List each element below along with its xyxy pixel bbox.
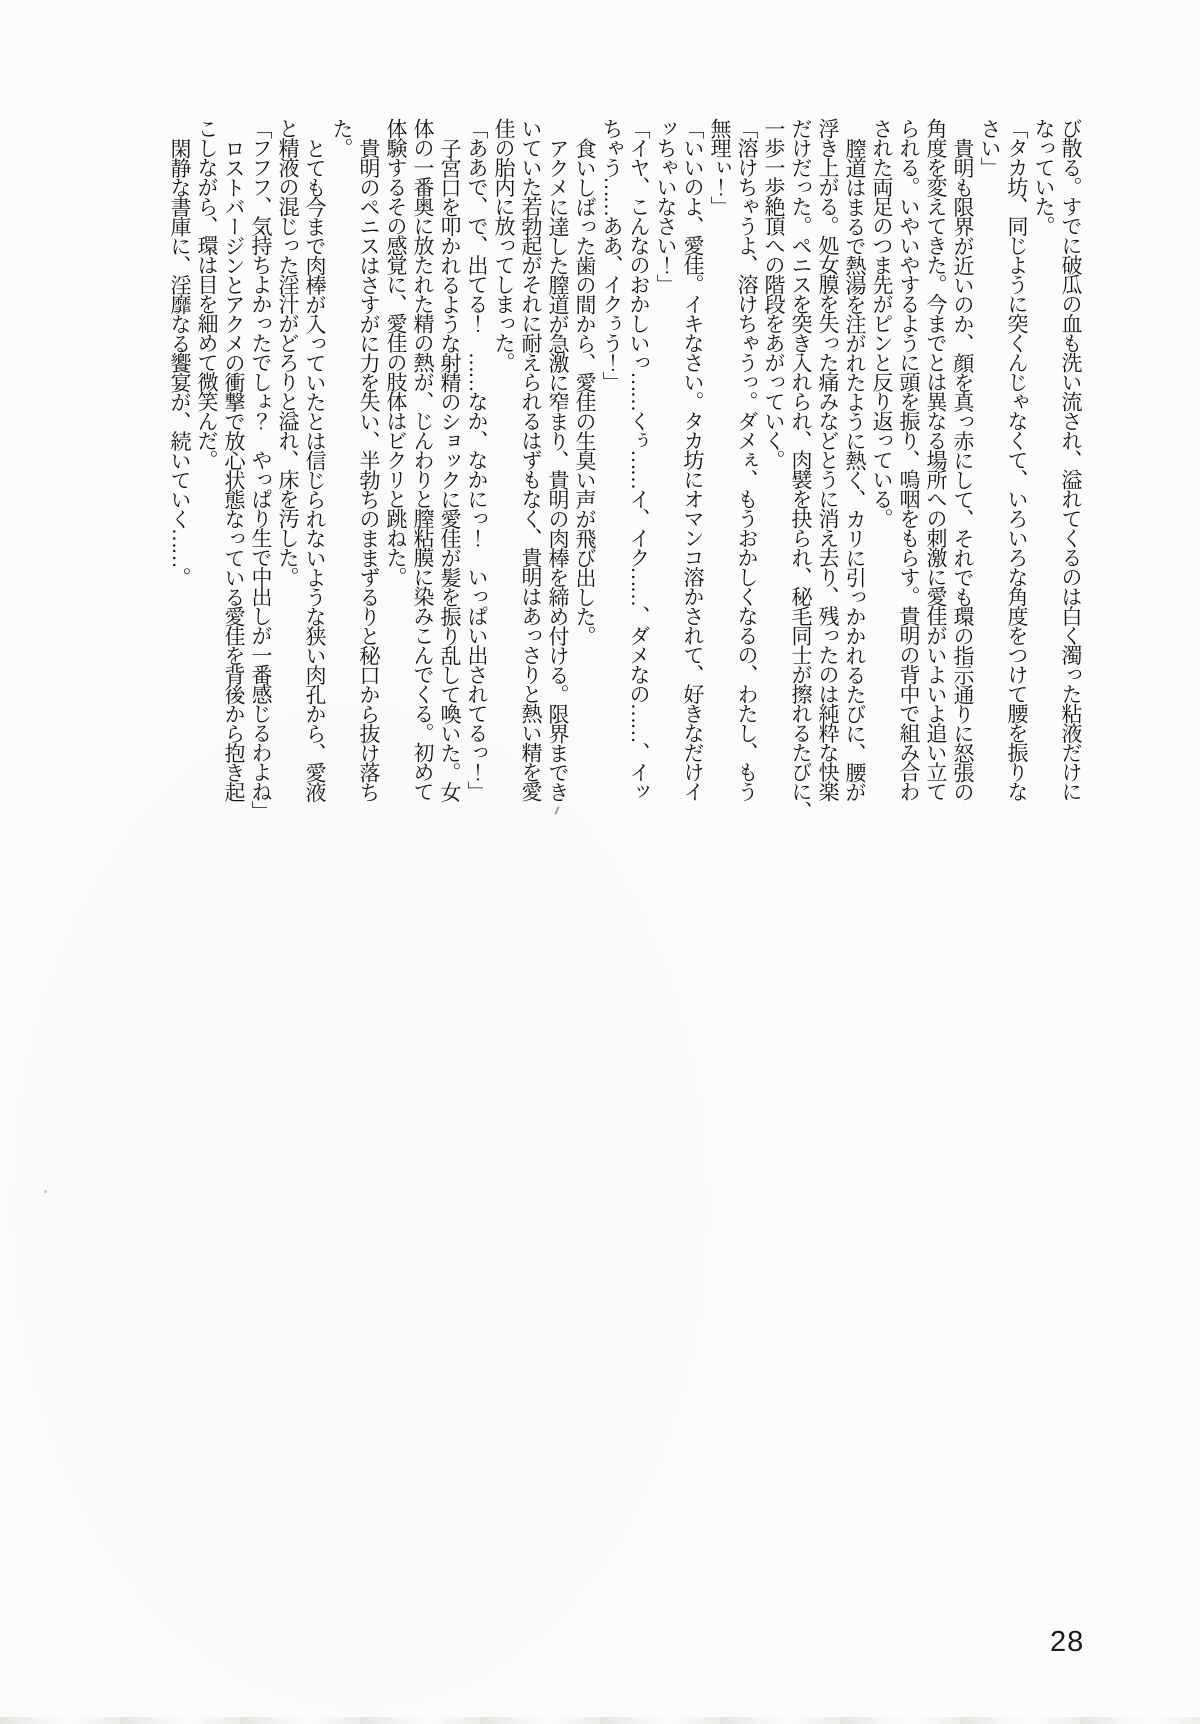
text-column: た。 (328, 118, 355, 860)
text-column: とても今まで肉棒が入っていたとは信じられないような狭い肉孔から、愛液 (301, 118, 328, 860)
text-column: ッちゃいなさい！」 (652, 118, 679, 860)
text-column: さい」 (976, 118, 1003, 860)
text-column: 子宮口を叩かれるような射精のショックに愛佳が髪を振り乱して喚いた。女 (436, 118, 463, 860)
text-column: び散る。すでに破瓜の血も洗い流され、溢れてくるのは白く濁った粘液だけに (1057, 118, 1084, 860)
text-column: 貴明も限界が近いのか、顔を真っ赤にして、それでも環の指示通りに怒張の (949, 118, 976, 860)
scan-edge-artifact (0, 1717, 1200, 1724)
text-column: 「いいのよ、愛佳。イキなさい。タカ坊にオマンコ溶かされて、好きなだけイ (679, 118, 706, 860)
text-column: 「ああで、で、出てる！ ……なか、なかにっ！ いっぱい出されてるっ！」 (463, 118, 490, 860)
text-column: 一歩一歩絶頂への階段をあがっていく。 (760, 118, 787, 860)
text-column: なっていた。 (1030, 118, 1057, 860)
text-column: 閑静な書庫に、淫靡なる饗宴が、続いていく……。 (166, 118, 193, 860)
text-column: 食いしばった歯の間から、愛佳の生臭い声が飛び出した。 (571, 118, 598, 860)
text-column: いていた若勃起がそれに耐えられるはずもなく、貴明はあっさりと熱い精を愛 (517, 118, 544, 860)
text-column: 「フフフ、気持ちよかったでしょ？ やっぱり生で中出しが一番感じるわよね」 (247, 118, 274, 860)
text-column: アクメに達した膣道が急激に窄まり、貴明の肉棒を締め付ける。限界までき (544, 118, 571, 860)
text-column: こしながら、環は目を細めて微笑んだ。 (193, 118, 220, 860)
text-column: 貴明のペニスはさすがに力を失い、半勃ちのままずるりと秘口から抜け落ち (355, 118, 382, 860)
text-column: 「タカ坊、同じように突くんじゃなくて、いろいろな角度をつけて腰を振りな (1003, 118, 1030, 860)
text-column: ロストバージンとアクメの衝撃で放心状態なっている愛佳を背後から抱き起 (220, 118, 247, 860)
text-column: 浮き上がる。処女膜を失った痛みなどとうに消え去り、残ったのは純粋な快楽 (814, 118, 841, 860)
scanned-page: び散る。すでに破瓜の血も洗い流され、溢れてくるのは白く濁った粘液だけになっていた… (0, 0, 1200, 1724)
text-column: 体の一番奥に放たれた精の熱が、じんわりと膣粘膜に染みこんでくる。初めて (409, 118, 436, 860)
text-column: 膣道はまるで熱湯を注がれたように熱く、カリに引っかかれるたびに、腰が (841, 118, 868, 860)
text-block: び散る。すでに破瓜の血も洗い流され、溢れてくるのは白く濁った粘液だけになっていた… (166, 118, 1084, 860)
text-column: 「溶けちゃうよ、溶けちゃうっ。ダメぇ、もうおかしくなるの、わたし、もう (733, 118, 760, 860)
text-column: 「イヤ、こんなのおかしいっ……くぅ……イ、イク……、ダメなの……、イッ (625, 118, 652, 860)
text-column: 無理ぃ！」 (706, 118, 733, 860)
text-column: された両足のつま先がピンと反り返っている。 (868, 118, 895, 860)
text-column: と精液の混じった淫汁がどろりと溢れ、床を汚した。 (274, 118, 301, 860)
text-column: 体験するその感覚に、愛佳の肢体はビクリと跳ねた。 (382, 118, 409, 860)
scan-speck (44, 1190, 47, 1193)
text-column: 佳の胎内に放ってしまった。 (490, 118, 517, 860)
text-column: ちゃう……ああ、イクぅう！」 (598, 118, 625, 860)
text-column: られる。いやいやするように頭を振り、嗚咽をもらす。貴明の背中で組み合わ (895, 118, 922, 860)
text-column: だけだった。ペニスを突き入れられ、肉襞を抉られ、秘毛同士が擦れるたびに、 (787, 118, 814, 860)
text-column: 角度を変えてきた。今までとは異なる場所への刺激に愛佳がいよいよ追い立て (922, 118, 949, 860)
page-number: 28 (1050, 1626, 1084, 1659)
